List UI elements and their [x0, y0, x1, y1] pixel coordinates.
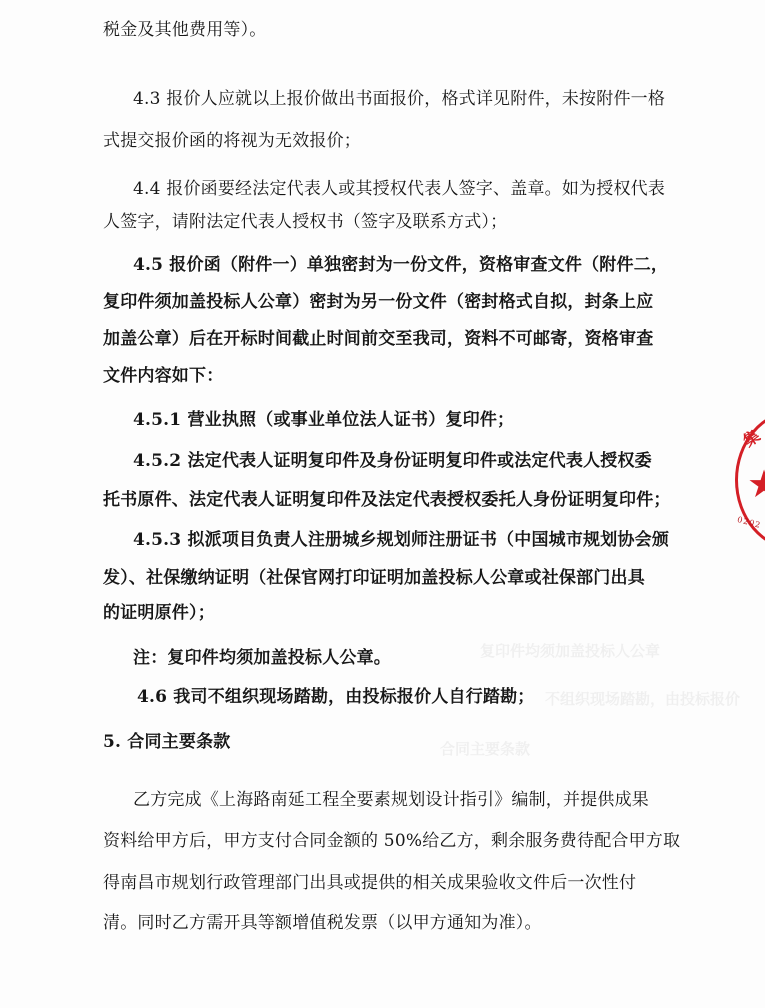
note-line: 注：复印件均须加盖投标人公章。: [133, 647, 713, 669]
clause-4-5-2: 4.5.2 法定代表人证明复印件及身份证明复印件或法定代表人授权委: [133, 450, 713, 472]
paragraph-line: 税金及其他费用等）。: [103, 19, 683, 41]
star-icon: ★: [747, 465, 765, 503]
document-page: 复印件均须加盖投标人公章 不组织现场踏勘，由投标报价 合同主要条款 税金及其他费…: [0, 0, 765, 1008]
clause-4-5: 4.5 报价函（附件一）单独密封为一份文件，资格审查文件（附件二，: [133, 254, 713, 276]
clause-4-4-cont: 人签字，请附法定代表人授权书（签字及联系方式）；: [103, 211, 683, 233]
section-5-paragraph-cont: 得南昌市规划行政管理部门出具或提供的相关成果验收文件后一次性付: [103, 872, 683, 894]
clause-4-4: 4.4 报价函要经法定代表人或其授权代表人签字、盖章。如为授权代表: [133, 178, 713, 200]
section-5-heading: 5. 合同主要条款: [103, 731, 683, 753]
clause-4-5-3-cont: 发）、社保缴纳证明（社保官网打印证明加盖投标人公章或社保部门出具: [103, 567, 683, 589]
clause-4-5-2-cont: 托书原件、法定代表人证明复印件及法定代表授权委托人身份证明复印件；: [103, 489, 683, 511]
clause-4-3: 4.3 报价人应就以上报价做出书面报价，格式详见附件，未按附件一格: [133, 88, 713, 110]
clause-4-5-cont: 加盖公章）后在开标时间截止时间前交至我司，资料不可邮寄，资格审查: [103, 328, 683, 350]
company-seal: 集 ★ 0202: [735, 410, 765, 550]
clause-4-3-cont: 式提交报价函的将视为无效报价；: [103, 130, 683, 152]
clause-4-5-1: 4.5.1 营业执照（或事业单位法人证书）复印件；: [133, 409, 713, 431]
section-5-paragraph-cont: 清。同时乙方需开具等额增值税发票（以甲方通知为准）。: [103, 912, 683, 934]
section-5-paragraph: 乙方完成《上海路南延工程全要素规划设计指引》编制，并提供成果: [133, 789, 713, 811]
clause-4-5-cont: 文件内容如下：: [103, 365, 683, 387]
clause-4-6: 4.6 我司不组织现场踏勘，由投标报价人自行踏勘；: [137, 686, 717, 708]
section-5-paragraph-cont: 资料给甲方后，甲方支付合同金额的 50%给乙方，剩余服务费待配合甲方取: [103, 830, 683, 852]
clause-4-5-3-cont: 的证明原件）；: [103, 602, 683, 624]
clause-4-5-3: 4.5.3 拟派项目负责人注册城乡规划师注册证书（中国城市规划协会颁: [133, 529, 713, 551]
clause-4-5-cont: 复印件须加盖投标人公章）密封为另一份文件（密封格式自拟，封条上应: [103, 291, 683, 313]
